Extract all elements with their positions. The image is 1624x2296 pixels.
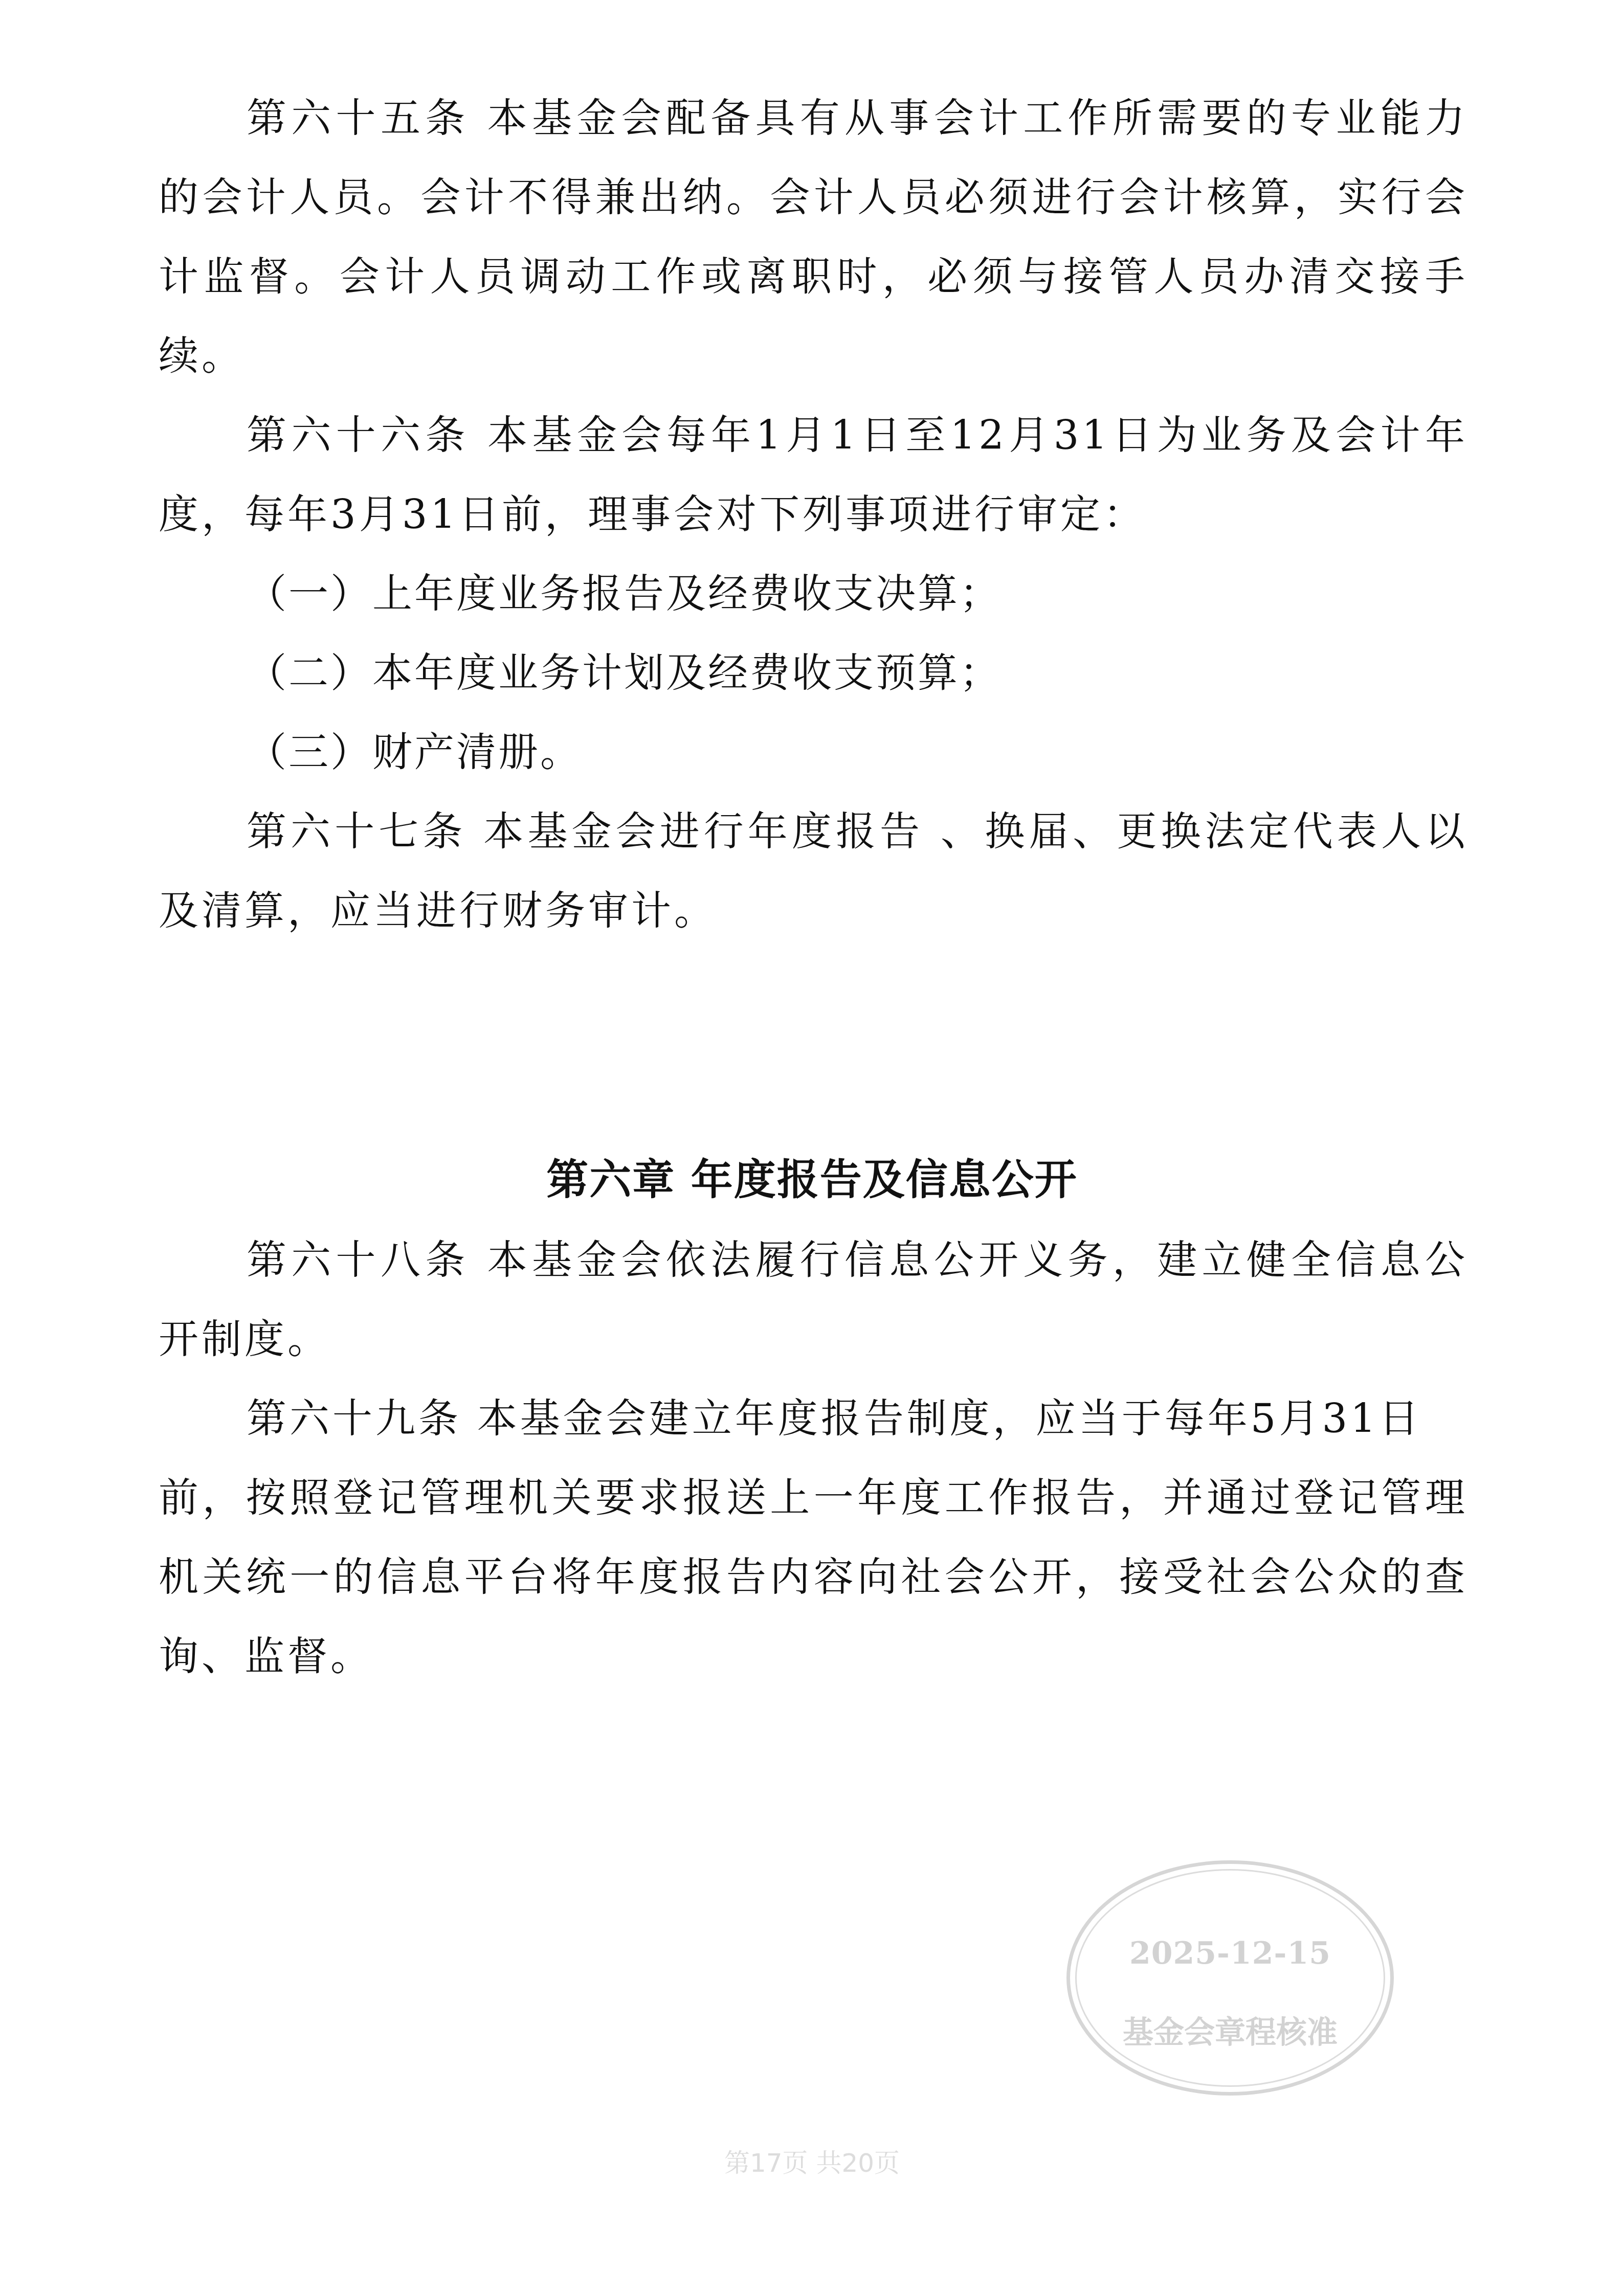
stamp-inner-ring [1075,1869,1385,2087]
article-66-line-2: 度，每年3月31日前，理事会对下列事项进行审定： [159,489,1478,541]
page-number-footer: 第17页 共20页 [0,2143,1624,2179]
document-page: 第六十五条 本基金会配备具有从事会计工作所需要的专业能力 的会计人员。会计不得兼… [0,0,1624,2296]
article-67-line-1: 第六十七条 本基金会进行年度报告 、换届、更换法定代表人以 [247,806,1468,858]
article-65-line-4: 续。 [159,331,1478,382]
article-66-line-1: 第六十六条 本基金会每年1月1日至12月31日为业务及会计年 [247,410,1468,461]
approval-stamp: 2025-12-15 基金会章程核准 [1066,1860,1394,2096]
chapter-heading: 第六章 年度报告及信息公开 [0,1155,1624,1206]
article-65-line-2: 的会计人员。会计不得兼出纳。会计人员必须进行会计核算，实行会 [159,172,1468,223]
article-67-line-2: 及清算，应当进行财务审计。 [159,886,1478,937]
stamp-date: 2025-12-15 [1070,1935,1390,1971]
article-66-item-1: （一）上年度业务报告及经费收支决算； [247,569,1566,620]
article-65-line-1: 第六十五条 本基金会配备具有从事会计工作所需要的专业能力 [247,93,1468,144]
stamp-text: 基金会章程核准 [1070,2008,1390,2052]
article-69-line-1: 第六十九条 本基金会建立年度报告制度，应当于每年5月31日 [247,1393,1566,1445]
article-68-line-1: 第六十八条 本基金会依法履行信息公开义务，建立健全信息公 [247,1235,1468,1286]
article-65-line-3: 计监督。会计人员调动工作或离职时，必须与接管人员办清交接手 [159,252,1468,303]
article-66-item-2: （二）本年度业务计划及经费收支预算； [247,648,1566,699]
article-66-item-3: （三）财产清册。 [247,727,1566,778]
article-69-line-2: 前，按照登记管理机关要求报送上一年度工作报告，并通过登记管理 [159,1473,1468,1524]
article-69-line-3: 机关统一的信息平台将年度报告内容向社会公开，接受社会公众的查 [159,1552,1468,1603]
article-68-line-2: 开制度。 [159,1314,1478,1365]
article-69-line-4: 询、监督。 [159,1631,1478,1682]
